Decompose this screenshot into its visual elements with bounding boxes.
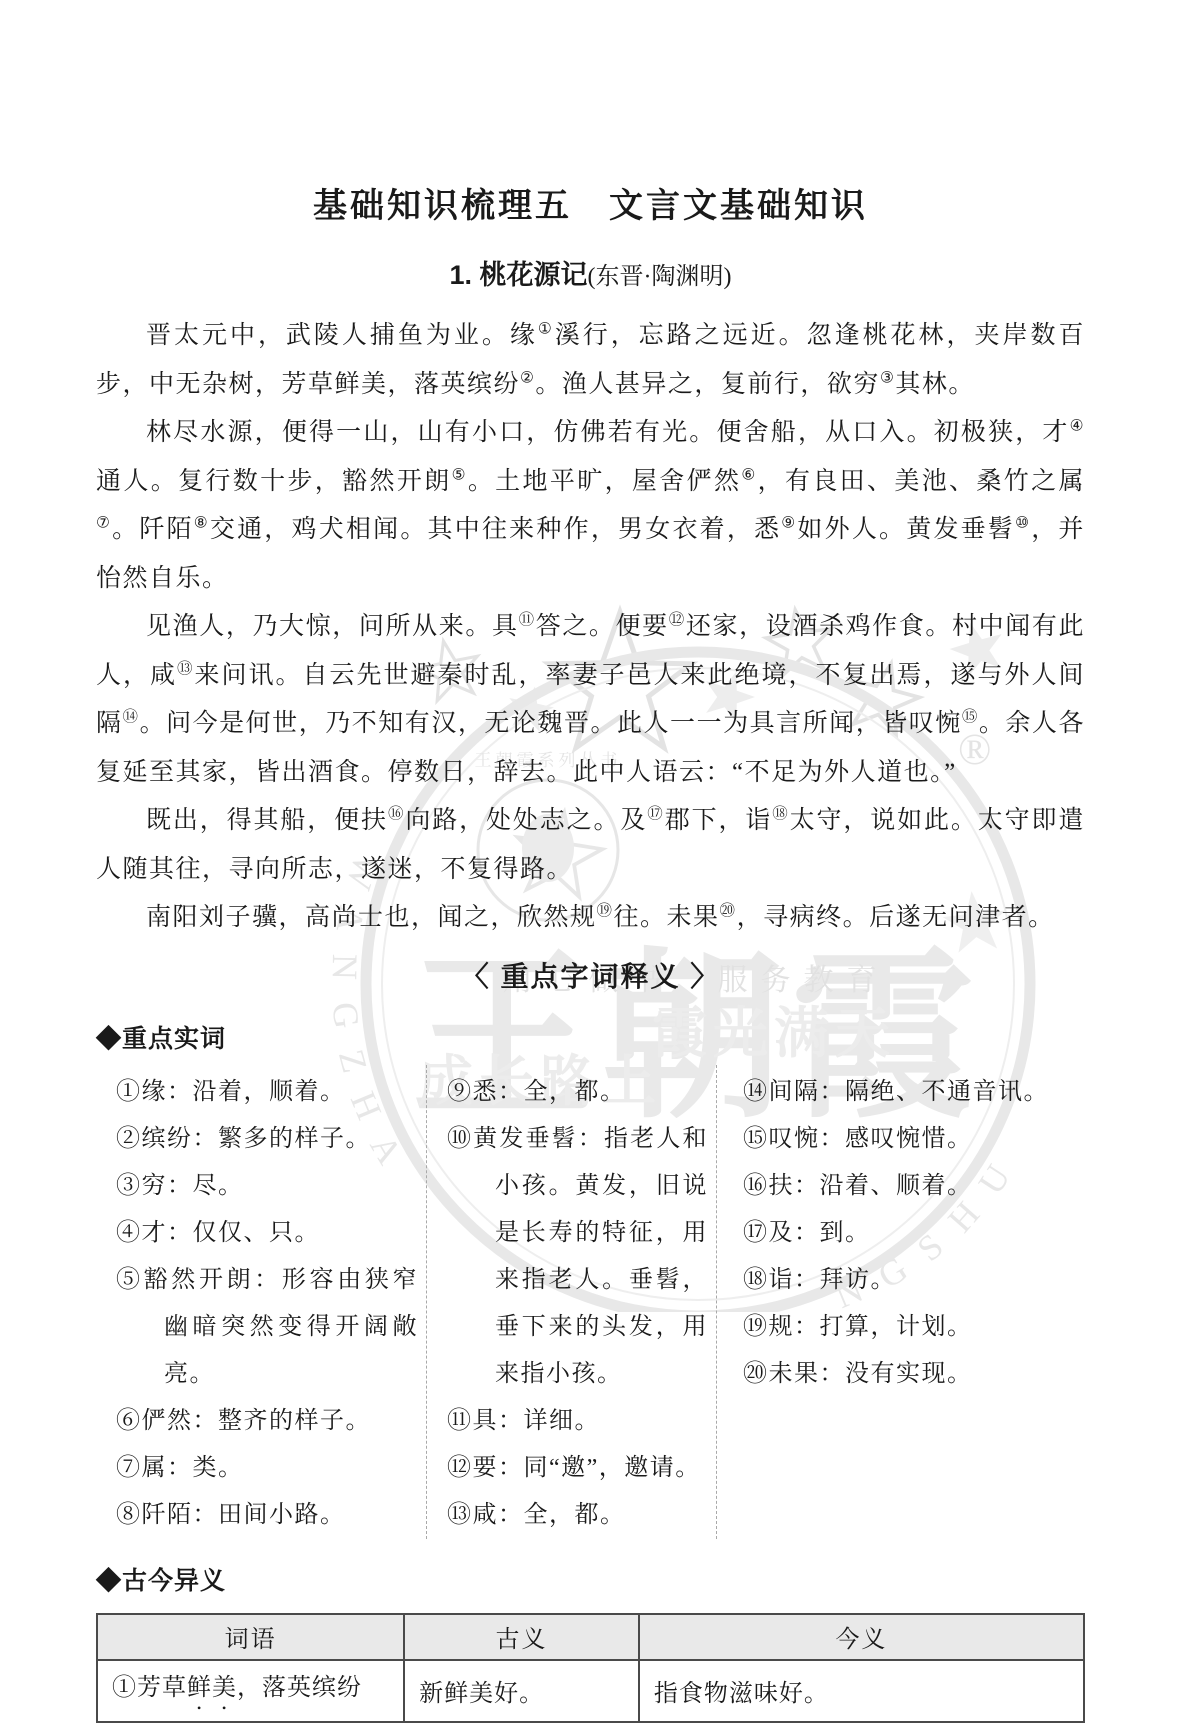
column-header-modern: 今义: [639, 1614, 1084, 1660]
ancient-meaning-cell: 新鲜美好。: [404, 1660, 639, 1722]
key-words-heading: ◆重点实词: [96, 1019, 1085, 1055]
definition-item: ④才：仅仅、只。: [116, 1210, 418, 1257]
key-words-columns: ①缘：沿着，顺着。 ②缤纷：繁多的样子。 ③穷：尽。 ④才：仅仅、只。 ⑤豁然开…: [96, 1065, 1085, 1539]
definition-item: ⑲规：打算，计划。: [743, 1304, 1077, 1351]
passage-paragraph: 既出，得其船，便扶⑯向路，处处志之。及⑰郡下，诣⑱太守，说如此。太守即遣人随其往…: [96, 797, 1085, 894]
definition-item: ⑩黄发垂髫：指老人和小孩。黄发，旧说是长寿的特征，用来指老人。垂髫，垂下来的头发…: [447, 1116, 708, 1398]
lesson-subtitle: 1. 桃花源记(东晋·陶渊明): [96, 253, 1085, 292]
key-words-column-2: ⑨悉：全，都。 ⑩黄发垂髫：指老人和小孩。黄发，旧说是长寿的特征，用来指老人。垂…: [426, 1065, 716, 1539]
lesson-number-and-name: 1. 桃花源记: [449, 260, 587, 290]
definition-item: ⑰及：到。: [743, 1210, 1077, 1257]
column-header-ancient: 古义: [404, 1614, 639, 1660]
page-content: 基础知识梳理五 文言文基础知识 1. 桃花源记(东晋·陶渊明) 晋太元中，武陵人…: [0, 0, 1181, 1723]
textbook-page: { "page": { "title": "基础知识梳理五 文言文基础知识", …: [0, 0, 1181, 1730]
definition-item: ⑪具：详细。: [447, 1398, 708, 1445]
word-post: ，落英缤纷: [237, 1675, 362, 1701]
definition-item: ⑭间隔：隔绝、不通音讯。: [743, 1069, 1077, 1116]
definition-item: ⑮叹惋：感叹惋惜。: [743, 1116, 1077, 1163]
classical-text-passage: 晋太元中，武陵人捕鱼为业。缘①溪行，忘路之远近。忽逢桃花林，夹岸数百步，中无杂树…: [96, 312, 1085, 943]
page-title: 基础知识梳理五 文言文基础知识: [96, 178, 1085, 227]
section-header: 〈 重点字词释义 〉: [96, 955, 1085, 995]
modern-meaning-cell: 指食物滋味好。: [639, 1660, 1084, 1722]
column-header-word: 词语: [97, 1614, 404, 1660]
ancient-modern-table: 词语 古义 今义 ①芳草鲜美，落英缤纷 新鲜美好。 指食物滋味好。: [96, 1613, 1085, 1723]
definition-item: ⑧阡陌：田间小路。: [116, 1492, 418, 1539]
passage-paragraph: 南阳刘子骥，高尚士也，闻之，欣然规⑲往。未果⑳，寻病终。后遂无问津者。: [96, 894, 1085, 943]
table-header-row: 词语 古义 今义: [97, 1614, 1084, 1660]
word-pre: ①芳草: [112, 1675, 187, 1701]
definition-item: ③穷：尽。: [116, 1163, 418, 1210]
passage-paragraph: 晋太元中，武陵人捕鱼为业。缘①溪行，忘路之远近。忽逢桃花林，夹岸数百步，中无杂树…: [96, 312, 1085, 409]
definition-item: ⑬咸：全，都。: [447, 1492, 708, 1539]
definition-item: ⑨悉：全，都。: [447, 1069, 708, 1116]
definition-item: ⑯扶：沿着、顺着。: [743, 1163, 1077, 1210]
definition-item: ⑫要：同“邀”，邀请。: [447, 1445, 708, 1492]
passage-paragraph: 林尽水源，便得一山，山有小口，仿佛若有光。便舍船，从口入。初极狭，才④通人。复行…: [96, 409, 1085, 603]
definition-item: ⑦属：类。: [116, 1445, 418, 1492]
definition-item: ②缤纷：繁多的样子。: [116, 1116, 418, 1163]
key-words-column-1: ①缘：沿着，顺着。 ②缤纷：繁多的样子。 ③穷：尽。 ④才：仅仅、只。 ⑤豁然开…: [96, 1065, 426, 1539]
word-cell: ①芳草鲜美，落英缤纷: [97, 1660, 404, 1722]
definition-item: ⑥俨然：整齐的样子。: [116, 1398, 418, 1445]
definition-item: ⑤豁然开朗：形容由狭窄幽暗突然变得开阔敞亮。: [116, 1257, 418, 1398]
ancient-modern-heading: ◆古今异义: [96, 1561, 1085, 1597]
definition-item: ⑳未果：没有实现。: [743, 1351, 1077, 1398]
word-emphasized: 鲜美: [187, 1675, 237, 1701]
passage-paragraph: 见渔人，乃大惊，问所从来。具⑪答之。便要⑫还家，设酒杀鸡作食。村中闻有此人，咸⑬…: [96, 603, 1085, 797]
table-row: ①芳草鲜美，落英缤纷 新鲜美好。 指食物滋味好。: [97, 1660, 1084, 1722]
lesson-author: (东晋·陶渊明): [588, 264, 732, 290]
key-words-column-3: ⑭间隔：隔绝、不通音讯。 ⑮叹惋：感叹惋惜。 ⑯扶：沿着、顺着。 ⑰及：到。 ⑱…: [716, 1065, 1085, 1539]
definition-item: ①缘：沿着，顺着。: [116, 1069, 418, 1116]
definition-item: ⑱诣：拜访。: [743, 1257, 1077, 1304]
